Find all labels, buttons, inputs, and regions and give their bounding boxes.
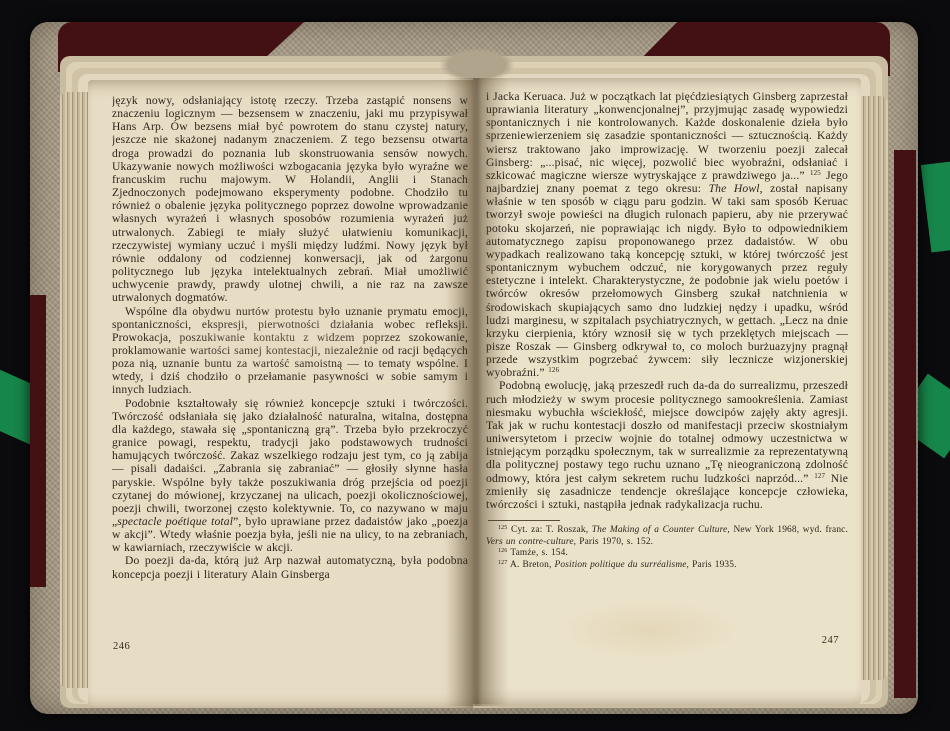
paragraph: Do poezji da-da, którą już Arp nazwał au…: [112, 554, 468, 580]
right-page-body: i Jacka Keruaca. Już w początkach lat pi…: [486, 90, 848, 511]
cover-leather-edge-right: [894, 150, 916, 698]
right-page-text: i Jacka Keruaca. Już w początkach lat pi…: [486, 90, 848, 571]
page-number-left: 246: [113, 641, 130, 652]
paragraph: Podobnie kształtowały się również koncep…: [112, 397, 468, 555]
right-page: i Jacka Keruaca. Już w początkach lat pi…: [473, 78, 861, 704]
left-page: język nowy, odsłaniający istotę rzeczy. …: [88, 80, 473, 708]
paragraph: 126 Tamże, s. 154.: [486, 548, 848, 560]
paragraph: 127 A. Breton, Position politique du sur…: [486, 560, 848, 572]
paragraph: Podobną ewolucję, jaką przeszedł ruch da…: [486, 379, 848, 511]
paragraph: język nowy, odsłaniający istotę rzeczy. …: [112, 94, 468, 305]
paragraph: i Jacka Keruaca. Już w początkach lat pi…: [486, 90, 848, 379]
footnotes: 125 Cyt. za: T. Roszak, The Making of a …: [486, 525, 848, 571]
paragraph: 125 Cyt. za: T. Roszak, The Making of a …: [486, 525, 848, 548]
left-page-text: język nowy, odsłaniający istotę rzeczy. …: [112, 94, 468, 581]
spine-bump: [440, 48, 514, 82]
page-number-right: 247: [822, 635, 839, 646]
cover-leather-edge-left: [30, 295, 46, 587]
paragraph: Wspólne dla obydwu nurtów protestu było …: [112, 305, 468, 397]
book-photo: { "scene": { "background_color": "#0b0b0…: [0, 0, 950, 731]
green-jacket-accent-right-top: [921, 161, 950, 252]
footnote-separator: [488, 520, 560, 521]
